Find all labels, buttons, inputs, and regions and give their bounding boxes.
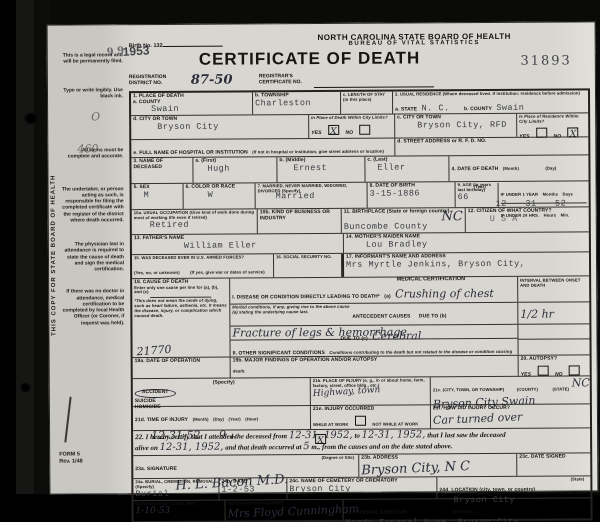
field-ssn: 16. SOCIAL SECURITY NO.	[274, 254, 342, 277]
county-value: Swain	[151, 105, 250, 115]
residence-city-value: Bryson City, RFD	[417, 120, 514, 130]
disease-label: I. DISEASE OR CONDITION DIRECTLY LEADING…	[232, 294, 380, 301]
field-city-of-death: d. CITY OR TOWN Bryson City	[131, 115, 309, 139]
residence-limits-no-checkbox: X	[568, 128, 579, 138]
cause-b-tag: DUE TO (b)	[419, 313, 447, 319]
film-artifact	[20, 382, 31, 393]
row-accident-place: ACCIDENT (Specify) SUICIDE HOMICIDE 21b.…	[133, 376, 590, 407]
field-sex: 5. SEX M	[132, 184, 184, 209]
field-middle-name: b. (Middle) Ernest	[277, 157, 365, 183]
interval-other	[519, 339, 590, 355]
cause-note-top: Enter only one cause per line for (a), (…	[134, 285, 227, 295]
row-city-limits: d. CITY OR TOWN Bryson City In Place of …	[131, 113, 588, 140]
first-name-value: Hugh	[207, 164, 274, 174]
death-limits-label: In Place of Death Within City Limits?	[311, 116, 392, 121]
field-place-of-death-county: 1. PLACE OF DEATH a. COUNTY Swain	[131, 92, 253, 115]
margin-note: Type or write legibly. Use black ink.	[61, 87, 123, 100]
race-value: W	[208, 190, 253, 200]
copy-destination-label: THIS COPY FOR STATE BOARD OF HEALTH	[50, 175, 57, 336]
certificate-number: 31893	[520, 53, 571, 68]
cause-line-b: ANTECEDENT CAUSES Morbid conditions, if …	[230, 303, 517, 327]
sex-value: M	[144, 190, 181, 200]
interval-header: INTERVAL BETWEEN ONSET AND DEATH	[518, 276, 589, 302]
certify-text: to	[354, 432, 360, 440]
not-while-at-work-label: NOT WHILE AT WORK	[372, 421, 418, 426]
row-time-of-injury: 21d. TIME OF INJURY (Month) (Day) (Year)…	[133, 404, 590, 431]
field-date-received: DATE REC'D BY LOCAL REG. 1-10-53	[133, 501, 225, 522]
cause-other: II. OTHER SIGNIFICANT CONDITIONS Conditi…	[231, 339, 518, 357]
field-place-of-injury: 21b. PLACE OF INJURY (e. g., in or about…	[311, 377, 431, 405]
operation-date-label: 19a. DATE OF OPERATION	[135, 359, 228, 365]
age-months-label: Months	[543, 192, 559, 197]
certify-text: alive on	[135, 444, 158, 452]
certify-text: m., from the causes and on the date stat…	[311, 442, 452, 451]
margin-note: The undertaker, or person acting as such…	[62, 186, 124, 224]
field-certification-statement: 22. I hereby certify that I attended the…	[133, 428, 590, 455]
funeral-director-value: Moody Funeral Home, Bryson City	[346, 517, 589, 522]
field-birthplace: 11. BIRTHPLACE (State or foreign country…	[342, 208, 466, 233]
interval-c	[518, 324, 589, 339]
burial-value: Burial	[135, 489, 216, 499]
form-revision-text: Rev. 1/48	[59, 459, 82, 465]
residence-county-label: b. COUNTY	[464, 106, 492, 112]
usual-residence-label: 2. USUAL RESIDENCE (Where deceased lived…	[395, 91, 586, 97]
interval-b: 1/2 hr	[518, 302, 589, 324]
certify-alive-date: 12-31, 1952,	[160, 441, 224, 452]
residence-state-label: a. STATE	[395, 106, 417, 112]
margin-note: If there was no doctor in attendance, me…	[62, 288, 124, 326]
row-place-residence: 1. PLACE OF DEATH a. COUNTY Swain b. TOW…	[131, 90, 588, 116]
field-township: b. TOWNSHIP Charleston	[253, 92, 341, 115]
field-accident-suicide-homicide: ACCIDENT (Specify) SUICIDE HOMICIDE	[133, 378, 311, 406]
film-artifact	[24, 112, 38, 125]
occupation-value: Retired	[150, 220, 255, 230]
residence-limits-yes-checkbox	[536, 128, 547, 138]
injury-city-label: 21c. (CITY, TOWN, OR TOWNSHIP)	[433, 387, 505, 392]
blank-line	[163, 41, 223, 47]
field-residence-within-limits: Is Place of Residence Within City Limits…	[517, 113, 588, 136]
field-funeral-director: 25. FUNERAL DIRECTOR ADDRESS Moody Funer…	[343, 498, 590, 520]
field-mother-name: 14. MOTHER'S MAIDEN NAME Lou Bradley	[344, 232, 589, 252]
row-received-funeral: DATE REC'D BY LOCAL REG. 1-10-53 REGISTR…	[133, 498, 590, 521]
injury-state-value: NC	[572, 377, 590, 388]
row-burial: 24a. BURIAL, CREMATION, REMOVAL (Specify…	[133, 476, 590, 501]
field-father-name: 13. FATHER'S NAME William Eller	[132, 234, 344, 254]
industry-label: 10b. KIND OF BUSINESS OR INDUSTRY	[260, 210, 339, 222]
residence-state-value: N. C.	[422, 103, 450, 113]
autopsy-label: 20. AUTOPSY?	[521, 356, 588, 362]
margin-instructions: THIS COPY FOR STATE BOARD OF HEALTH This…	[47, 24, 130, 494]
field-armed-forces: 15. WAS DECEASED EVER IN U.S. ARMED FORC…	[132, 254, 274, 278]
field-medical-certification: MEDICAL CERTIFICATION I. DISEASE OR COND…	[230, 277, 518, 357]
yes-label: YES	[311, 130, 321, 136]
injury-occurred-label: 21e. INJURY OCCURRED	[313, 406, 428, 412]
field-cause-notes: 18. CAUSE OF DEATH Enter only one cause …	[132, 279, 230, 358]
certify-text: that I last saw the deceased	[427, 431, 505, 439]
field-usual-residence: 2. USUAL RESIDENCE (Where deceased lived…	[393, 90, 588, 113]
field-race: 6. COLOR OR RACE W	[184, 183, 256, 208]
pencil-scribble: 460	[77, 142, 98, 155]
antecedent-label: ANTECEDENT CAUSES	[352, 313, 410, 319]
field-autopsy: 20. AUTOPSY? YES NO	[519, 355, 590, 375]
row-service-informant: 15. WAS DECEASED EVER IN U.S. ARMED FORC…	[132, 252, 589, 279]
dod-month-label: (Month)	[503, 166, 519, 171]
findings-label: 19b. MAJOR FINDINGS OF OPERATION AND/OR …	[233, 357, 516, 364]
burial-date-value: 1-2-53	[221, 485, 284, 495]
certify-from-date: 12-31, 1952,	[289, 430, 353, 441]
field-industry: 10b. KIND OF BUSINESS OR INDUSTRY	[258, 209, 342, 234]
pencil-scribble: O	[91, 110, 100, 123]
city-of-death-value: Bryson City	[157, 122, 306, 132]
degree-label: (Degree or title)	[322, 456, 355, 461]
field-date-of-death: 4. DATE OF DEATH (Month) (Day) (Year) 12…	[449, 155, 588, 181]
certify-death-hour: 5	[303, 441, 309, 452]
field-cemetery: 24c. NAME OF CEMETERY OR CREMATORY Bryso…	[287, 477, 437, 499]
field-burial-date: 24b. DATE 1-2-53	[219, 478, 287, 499]
row-occupation-birthplace: 10a. USUAL OCCUPATION (Give kind of work…	[132, 207, 589, 235]
certify-text: 22. I hereby certify that I attended the…	[135, 432, 287, 441]
checkmark: X	[330, 127, 336, 137]
date-signed-label: 23c. DATE SIGNED	[519, 454, 588, 460]
margin-note: The physician last in attendance is requ…	[62, 241, 124, 273]
form-number: FORM 5 Rev. 1/48	[59, 451, 83, 467]
age-days-label: Days	[563, 191, 573, 196]
informant-value: Mrs Myrtle Jenkins, Bryson City,	[346, 259, 587, 270]
location-label: 24d. LOCATION (city, town, or country)	[439, 487, 535, 494]
field-injury-location: 21c. (CITY, TOWN, OR TOWNSHIP) (COUNTY) …	[431, 376, 590, 404]
while-at-work-checkbox	[355, 416, 366, 426]
form-number-text: FORM 5	[59, 451, 80, 457]
field-occupation: 10a. USUAL OCCUPATION (Give kind of work…	[132, 209, 258, 234]
accident-option-circled: ACCIDENT	[135, 389, 176, 398]
armed-forces-label: 15. WAS DECEASED EVER IN U.S. ARMED FORC…	[134, 255, 271, 261]
other-conditions-label: II. OTHER SIGNIFICANT CONDITIONS	[233, 350, 325, 357]
hospital-note: (If not in hospital or institution, give…	[252, 149, 384, 155]
marital-value: Married	[276, 191, 365, 201]
certificate-title: CERTIFICATE OF DEATH	[199, 48, 421, 69]
injury-year-label: (Year)	[228, 417, 240, 422]
township-value: Charleston	[255, 98, 338, 108]
field-death-within-limits: In Place of Death Within City Limits? YE…	[309, 115, 395, 139]
scanned-death-certificate: THIS COPY FOR STATE BOARD OF HEALTH This…	[0, 0, 600, 522]
field-first-name: a. (First) Hugh	[193, 157, 277, 183]
field-citizenship: 12. CITIZEN OF WHAT COUNTRY? U S A	[466, 207, 589, 232]
row-parents: 13. FATHER'S NAME William Eller 14. MOTH…	[132, 232, 589, 255]
field-last-name: c. (Last) Eller	[365, 156, 449, 182]
cause-a-value: Crushing of chest	[395, 287, 494, 301]
certify-to-date: 12-31, 1952,	[362, 429, 426, 440]
antecedent-note: Morbid conditions, if any, giving rise t…	[232, 305, 352, 315]
death-limits-no-checkbox	[360, 124, 371, 134]
certificate-form: Birth No. 132 NORTH CAROLINA STATE BOARD…	[127, 21, 599, 494]
date-received-value: 1-10-53	[136, 506, 223, 516]
citizen-value: U S A	[490, 214, 587, 224]
cause-scribble: 21770	[136, 344, 172, 358]
row-sex-race-age: 5. SEX M 6. COLOR OR RACE W 7. MARRIED, …	[132, 181, 589, 210]
field-cemetery-location: 24d. LOCATION (city, town, or country) (…	[437, 476, 590, 498]
funeral-director-label: 25. FUNERAL DIRECTOR	[346, 509, 408, 515]
field-registrar-signature: REGISTRAR'S SIGNATURE Mrs Floyd Cunningh…	[225, 500, 343, 521]
age-under1-label: IF UNDER 1 YEAR	[501, 192, 539, 197]
injury-county-label: (COUNTY)	[517, 387, 538, 392]
hospital-label: e. FULL NAME OF HOSPITAL OR INSTITUTION	[133, 149, 248, 156]
field-injury-occurred: 21e. INJURY OCCURRED WHILE AT WORK NOT W…	[311, 405, 431, 429]
field-physician-address: 23b. ADDRESS Bryson City, N C	[359, 454, 517, 477]
interval-b-value: 1/2 hr	[520, 308, 554, 321]
residence-limits-label: Is Place of Residence Within City Limits…	[519, 114, 586, 124]
field-burial-type: 24a. BURIAL, CREMATION, REMOVAL (Specify…	[133, 479, 219, 501]
ssn-label: 16. SOCIAL SECURITY NO.	[276, 255, 339, 260]
name-label: 3. NAME OF DECEASED	[133, 159, 190, 171]
last-name-value: Eller	[377, 163, 446, 173]
field-hospital: e. FULL NAME OF HOSPITAL OR INSTITUTION …	[131, 139, 395, 158]
field-how-injury-occurred: 21f. HOW DID INJURY OCCUR? Car turned ov…	[431, 404, 590, 428]
field-time-of-injury: 21d. TIME OF INJURY (Month) (Day) (Year)…	[133, 406, 311, 430]
while-at-work-label: WHILE AT WORK	[313, 421, 349, 426]
row-name-dod: 3. NAME OF DECEASED a. (First) Hugh b. (…	[131, 155, 588, 184]
pen-stroke	[64, 397, 71, 443]
mother-value: Lou Bradley	[366, 239, 587, 250]
field-length-of-stay: c. LENGTH OF STAY (in this place)	[341, 92, 393, 114]
funeral-address-label: ADDRESS	[452, 509, 473, 514]
injury-state-label: (STATE)	[552, 386, 569, 391]
field-residence-city: c. CITY OR TOWN Bryson City, RFD	[395, 114, 517, 138]
age-value: 66	[458, 193, 496, 203]
signature-label: 23a. SIGNATURE	[135, 466, 177, 472]
certify-text: and that death occurred at	[225, 443, 301, 451]
birthplace-handwritten: NC	[441, 210, 462, 223]
row-cause-of-death: 18. CAUSE OF DEATH Enter only one cause …	[132, 276, 589, 358]
row-operation-autopsy: 19a. DATE OF OPERATION 19b. MAJOR FINDIN…	[133, 355, 590, 379]
autopsy-no-checkbox	[569, 366, 580, 376]
field-marital-status: 7. MARRIED, NEVER MARRIED, WIDOWED, DIVO…	[256, 183, 368, 209]
film-border	[0, 0, 50, 522]
interval-label: INTERVAL BETWEEN ONSET AND DEATH	[520, 278, 587, 288]
field-name-of-deceased: 3. NAME OF DECEASED	[131, 158, 193, 183]
field-date-signed: 23c. DATE SIGNED	[517, 453, 590, 475]
armed-forces-note2: (If yes, give war or dates of service)	[190, 269, 265, 274]
blank-line	[314, 81, 434, 88]
death-limits-yes-checkbox: X	[328, 124, 339, 134]
field-date-of-birth: 8. DATE OF BIRTH 3-15-1886	[368, 182, 456, 208]
cause-a-tag: (a)	[384, 294, 390, 300]
field-street-address: d. STREET ADDRESS or R. F. D. NO.	[395, 137, 588, 155]
year-received-stamp: 1953	[122, 43, 149, 59]
field-informant: 17. INFORMANT'S NAME AND ADDRESS Mrs Myr…	[342, 252, 589, 277]
field-physician-signature: 23a. SIGNATURE (Degree or title) H. L. B…	[133, 455, 359, 478]
row-signature: 23a. SIGNATURE (Degree or title) H. L. B…	[133, 453, 590, 479]
injury-month-label: (Month)	[193, 417, 209, 422]
registrar-signature-value: Mrs Floyd Cunningham	[227, 504, 340, 520]
father-value: William Eller	[184, 240, 341, 250]
district-number: 87-50	[191, 74, 233, 87]
registrar-cert-label-2: CERTIFICATE NO.	[259, 79, 302, 85]
residence-county-value: Swain	[496, 103, 524, 113]
autopsy-yes-checkbox	[537, 366, 548, 376]
cause-note-star: *This does not mean the mode of dying, s…	[134, 299, 227, 319]
certificate-paper: THIS COPY FOR STATE BOARD OF HEALTH This…	[47, 21, 599, 494]
length-of-stay-label: c. LENGTH OF STAY (in this place)	[343, 93, 390, 103]
district-label-2: DISTRICT NO.	[129, 79, 162, 85]
form-header-title: 9 9 1953 CERTIFICATE OF DEATH 31893	[129, 45, 590, 74]
field-date-of-operation: 19a. DATE OF OPERATION	[133, 358, 231, 379]
registrar-cert-label: REGISTRAR'S CERTIFICATE NO.	[259, 74, 302, 85]
dob-value: 3-15-1886	[370, 189, 453, 199]
cause-line-a: I. DISEASE OR CONDITION DIRECTLY LEADING…	[230, 277, 517, 305]
birthplace-value: Buncombe County	[344, 221, 428, 232]
no-label: NO	[345, 130, 353, 136]
specify-label: (Specify)	[213, 381, 235, 387]
field-major-findings: 19b. MAJOR FINDINGS OF OPERATION AND/OR …	[231, 356, 519, 378]
field-age: 9. AGE (In years last birthday) 66 IF UN…	[456, 181, 589, 207]
street-address-label: d. STREET ADDRESS or R. F. D. NO.	[397, 138, 586, 145]
injury-hour-label: (Hour)	[245, 416, 258, 421]
dod-label: 4. DATE OF DEATH	[451, 166, 498, 172]
cemetery-value: Bryson City	[289, 484, 434, 494]
dod-day-label: (Day)	[545, 166, 556, 171]
registration-district-row: REGISTRATION DISTRICT NO. 87-50 REGISTRA…	[129, 71, 590, 91]
district-label: REGISTRATION DISTRICT NO.	[129, 75, 166, 86]
location-state-label: (State)	[571, 477, 585, 482]
row-certification: 22. I hereby certify that I attended the…	[133, 428, 590, 456]
injury-day-label: (Day)	[213, 417, 224, 422]
field-interval-column: INTERVAL BETWEEN ONSET AND DEATH 1/2 hr	[518, 276, 589, 354]
time-of-injury-label: 21d. TIME OF INJURY	[135, 417, 188, 423]
middle-name-value: Ernest	[293, 163, 362, 173]
armed-forces-note1: (Yes, no, or unknown)	[134, 270, 180, 275]
certificate-table: 1. PLACE OF DEATH a. COUNTY Swain b. TOW…	[129, 88, 593, 522]
